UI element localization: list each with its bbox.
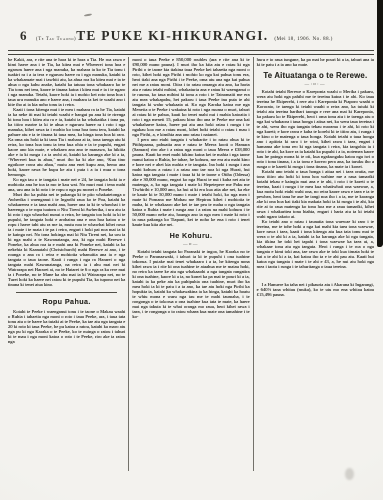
volume-note: (Te Tau Tuaono) <box>36 37 76 42</box>
heading-ornament: —o— <box>132 241 249 246</box>
column-1: he Kakii, ara, e rite ana te hara ki te … <box>8 57 128 471</box>
columns: he Kakii, ara, e rite ana te hara ki te … <box>8 57 374 471</box>
column-2: moni o taua Peeke e 850,000 roubles (ara… <box>129 57 252 471</box>
ink-speck <box>84 13 92 16</box>
article-heading-text: Te Aituatanga o te Rerewe. <box>257 71 374 80</box>
paragraph: he Kakii, ara, e rite ana te hara ki te … <box>8 57 125 107</box>
newspaper-page: 6 (Te Tau Tuaono) TE PUKE KI-HIKURANGI. … <box>0 0 383 500</box>
paragraph: Ko tetahi ano o ratau i taunatia tona wa… <box>257 219 374 269</box>
article-heading: Te Aituatanga o te Rerewe.—:o:— <box>257 71 374 86</box>
paragraph: I a Hanuere ka taha nei i pikauria atu i… <box>257 282 374 297</box>
paragraph: Kotahi tetahi Rerewe o Kareponia waahi o… <box>257 89 374 169</box>
page-number: 6 <box>20 28 27 44</box>
paragraph: Muri iho ka puhia nei te pakanga ki te p… <box>8 192 125 287</box>
article-heading: He Kohuru.—o— <box>132 231 249 246</box>
article-heading-text: He Kohuru. <box>132 231 249 240</box>
column-3: huru e to raua tungane, ka pa mai he pou… <box>254 57 374 471</box>
scan-smudge <box>345 468 354 480</box>
paragraph: Ko nga tau o te tangata i mate nei e 24,… <box>8 177 125 192</box>
paragraph: Kaati i tona kitenga mai i te mea i maha… <box>8 107 125 177</box>
paragraph: Kotahi te Peeke i waenganui tonu i te ta… <box>8 309 125 344</box>
section-rule <box>16 292 117 293</box>
masthead-double-rule <box>8 50 374 55</box>
paragraph: moni o taua Peeke e 850,000 roubles (ara… <box>132 57 249 137</box>
paragraph: Kotahi ano tetahi o taua honga i aitua n… <box>257 169 374 219</box>
article-heading: Ropu Pahua. <box>8 297 125 306</box>
issue-note: (Mei 18, 1906. No. 88.) <box>268 36 369 42</box>
heading-ornament: —:o:— <box>257 81 374 86</box>
paragraph: Kotahi tetahi tangata ko Paranaki te ing… <box>132 249 249 319</box>
article-heading-text: Ropu Pahua. <box>8 297 125 306</box>
scan-gutter-bar <box>377 0 383 247</box>
paragraph: huru e to raua tungane, ka pa mai he pou… <box>257 57 374 67</box>
paragraph: I pera ano etahi tangata i whakarite i t… <box>132 137 249 227</box>
spacer <box>257 269 374 282</box>
masthead: 6 (Te Tau Tuaono) TE PUKE KI-HIKURANGI. … <box>20 28 369 46</box>
newspaper-title: TE PUKE KI-HIKURANGI. <box>76 28 268 44</box>
